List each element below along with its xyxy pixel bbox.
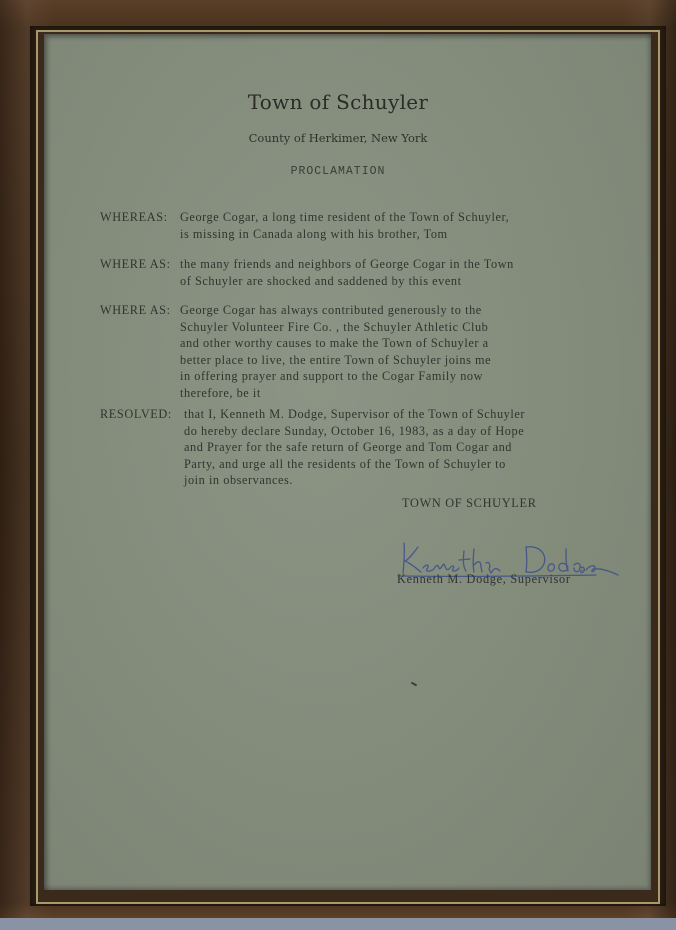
signature-organization: TOWN OF SCHUYLER [402,496,537,511]
clause-line: of Schuyler are shocked and saddened by … [180,273,600,290]
document-title: Town of Schuyler [0,90,676,114]
clause-line: Schuyler Volunteer Fire Co. , the Schuyl… [180,319,600,336]
clause-body: the many friends and neighbors of George… [180,256,600,289]
clause-line: that I, Kenneth M. Dodge, Supervisor of … [184,406,604,423]
clause-line: in offering prayer and support to the Co… [180,368,600,385]
document-subtitle: County of Herkimer, New York [0,131,676,145]
clause-label: WHERE AS: [100,302,171,319]
clause-line: join in observances. [184,472,604,489]
clause-line: the many friends and neighbors of George… [180,256,600,273]
clause-label: RESOLVED: [100,406,172,423]
paper-blemish [411,682,417,687]
clause-label: WHEREAS: [100,209,168,226]
document-heading: PROCLAMATION [0,165,676,178]
proclamation-document: Town of Schuyler County of Herkimer, New… [0,0,676,930]
clause-line: is missing in Canada along with his brot… [180,226,600,243]
signatory-name-title: Kenneth M. Dodge, Supervisor [397,572,571,587]
clause-line: and other worthy causes to make the Town… [180,335,600,352]
clause-line: therefore, be it [180,385,600,402]
clause-body: George Cogar, a long time resident of th… [180,209,600,242]
clause-line: better place to live, the entire Town of… [180,352,600,369]
clause-body: that I, Kenneth M. Dodge, Supervisor of … [184,406,604,489]
clause-line: and Prayer for the safe return of George… [184,439,604,456]
clause-body: George Cogar has always contributed gene… [180,302,600,401]
clause-line: do hereby declare Sunday, October 16, 19… [184,423,604,440]
clause-line: George Cogar has always contributed gene… [180,302,600,319]
clause-line: George Cogar, a long time resident of th… [180,209,600,226]
clause-line: Party, and urge all the residents of the… [184,456,604,473]
clause-label: WHERE AS: [100,256,171,273]
